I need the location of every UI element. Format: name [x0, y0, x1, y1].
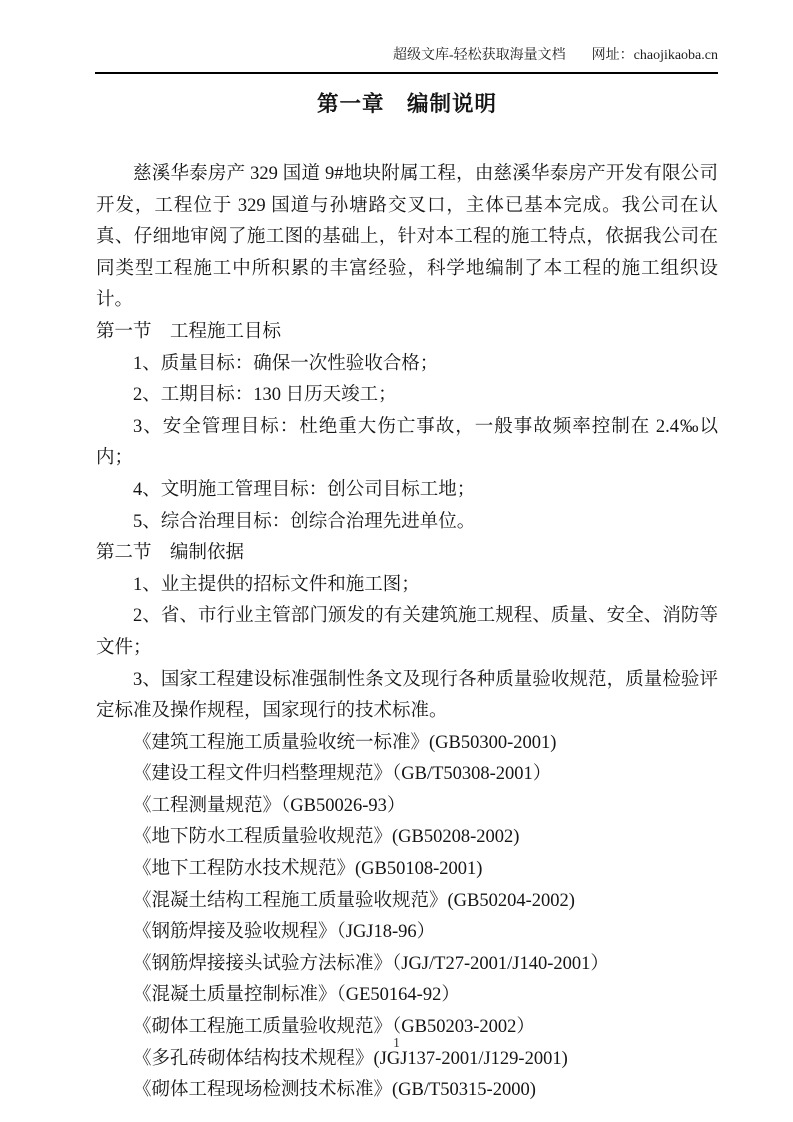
section1-item: 2、工期目标：130 日历天竣工；: [96, 380, 718, 412]
section1-heading: 第一节 工程施工目标: [96, 317, 718, 349]
standard-item: 《砌体工程现场检测技术标准》(GB/T50315-2000): [96, 1075, 718, 1107]
header-site-url: chaojikaoba.cn: [634, 48, 718, 63]
intro-paragraph: 慈溪华泰房产 329 国道 9#地块附属工程，由慈溪华泰房产开发有限公司开发，工…: [96, 159, 718, 317]
chapter-title: 第一章 编制说明: [96, 86, 718, 123]
section2-item: 1、业主提供的招标文件和施工图；: [96, 570, 718, 602]
section2-heading: 第二节 编制依据: [96, 538, 718, 570]
header-rule: [95, 72, 718, 74]
standard-item: 《钢筋焊接及验收规程》（JGJ18-96）: [96, 917, 718, 949]
section1-item: 4、文明施工管理目标：创公司目标工地；: [96, 475, 718, 507]
section1-item: 1、质量目标：确保一次性验收合格；: [96, 349, 718, 381]
document-page: 超级文库-轻松获取海量文档网址：chaojikaoba.cn 第一章 编制说明 …: [0, 0, 793, 1122]
standard-item: 《建设工程文件归档整理规范》（GB/T50308-2001）: [96, 759, 718, 791]
standard-item: 《地下工程防水技术规范》(GB50108-2001): [96, 854, 718, 886]
standard-item: 《混凝土质量控制标准》（GE50164-92）: [96, 980, 718, 1012]
section2-item: 3、国家工程建设标准强制性条文及现行各种质量验收规范，质量检验评定标准及操作规程…: [96, 665, 718, 728]
page-header: 超级文库-轻松获取海量文档网址：chaojikaoba.cn: [96, 46, 718, 66]
header-site-label: 网址：: [592, 48, 634, 63]
section2-item: 2、省、市行业主管部门颁发的有关建筑施工规程、质量、安全、消防等文件；: [96, 601, 718, 664]
standard-item: 《建筑工程施工质量验收统一标准》(GB50300-2001): [96, 728, 718, 760]
section1-item: 5、综合治理目标：创综合治理先进单位。: [96, 507, 718, 539]
standard-item: 《钢筋焊接接头试验方法标准》（JGJ/T27-2001/J140-2001）: [96, 949, 718, 981]
document-body: 第一章 编制说明 慈溪华泰房产 329 国道 9#地块附属工程，由慈溪华泰房产开…: [96, 86, 718, 1107]
header-brand-text: 超级文库-轻松获取海量文档: [393, 48, 566, 63]
standard-item: 《混凝土结构工程施工质量验收规范》(GB50204-2002): [96, 886, 718, 918]
standard-item: 《地下防水工程质量验收规范》(GB50208-2002): [96, 822, 718, 854]
page-number: 1: [0, 1033, 793, 1053]
standard-item: 《工程测量规范》（GB50026-93）: [96, 791, 718, 823]
section1-item: 3、安全管理目标：杜绝重大伤亡事故，一般事故频率控制在 2.4‰以内；: [96, 412, 718, 475]
